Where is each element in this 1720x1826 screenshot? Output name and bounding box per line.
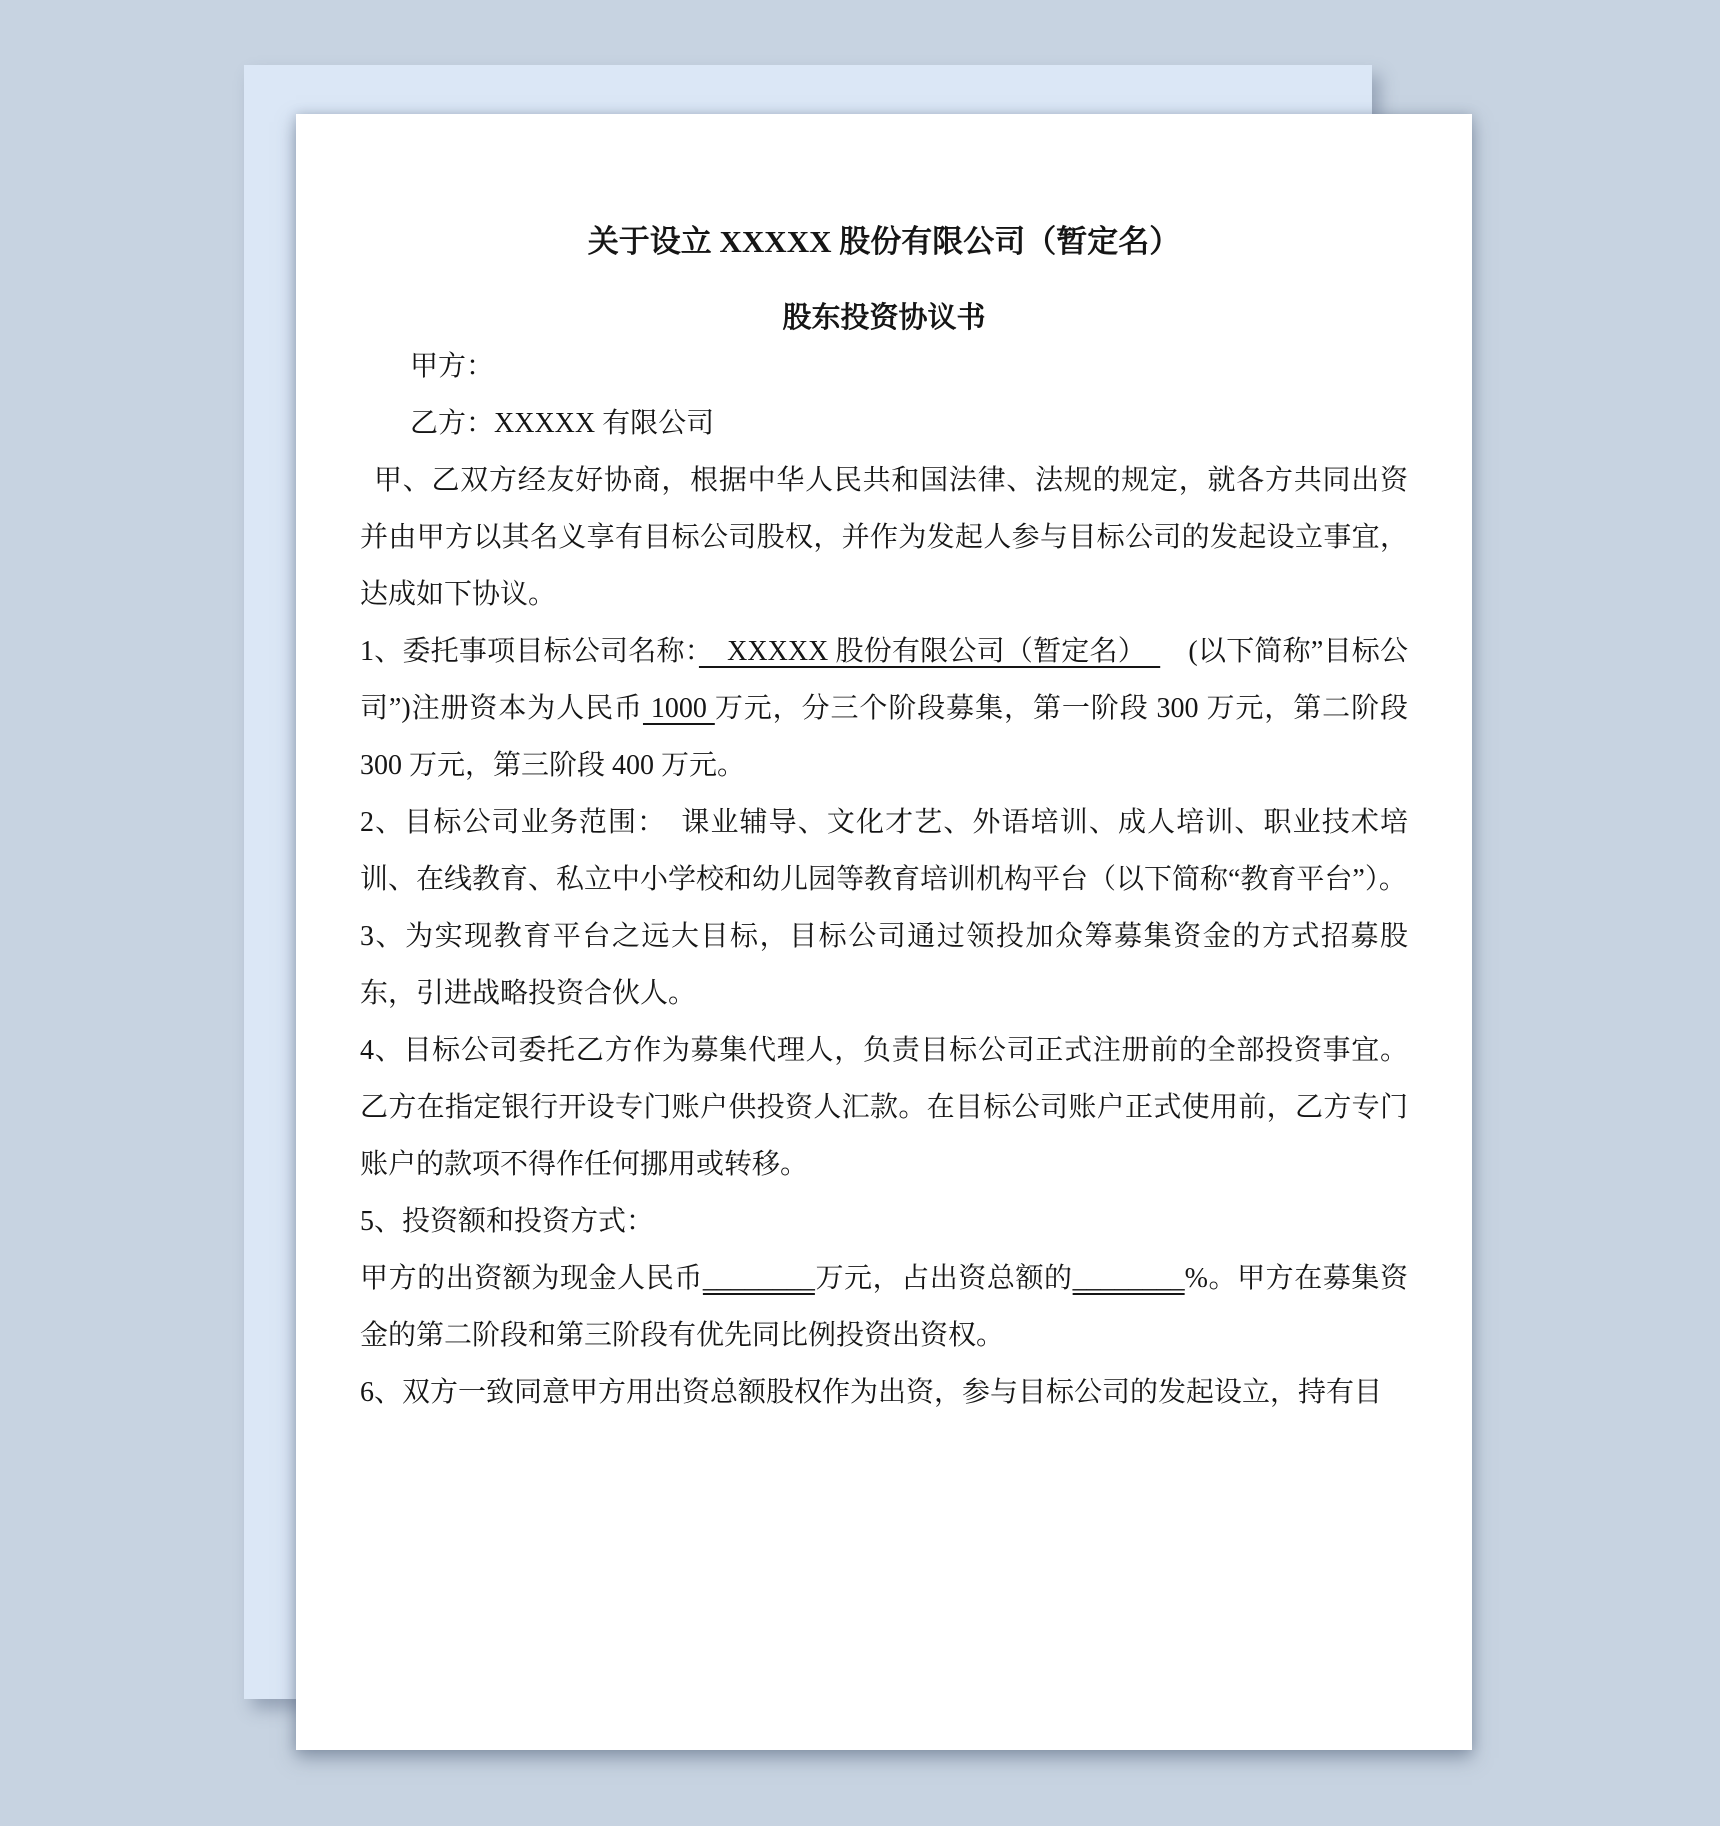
clause-1-capital-blank: 1000 [643,693,715,724]
clause-1-lead: 1、委托事项目标公司名称： [360,636,699,667]
clause-5-body: 甲方的出资额为现金人民币________万元，占出资总额的________%。甲… [360,1250,1408,1364]
clause-5-amount-blank: ________ [703,1263,815,1294]
document-title: 关于设立 XXXXX 股份有限公司（暂定名） [360,222,1408,262]
party-b-line: 乙方：XXXXX 有限公司 [360,395,1408,452]
clause-5-percent-blank: ________ [1073,1263,1185,1294]
clause-1-company-blank: XXXXX 股份有限公司（暂定名） [699,636,1160,667]
clause-2: 2、目标公司业务范围： 课业辅导、文化才艺、外语培训、成人培训、职业技术培训、在… [360,794,1408,908]
clause-4: 4、目标公司委托乙方作为募集代理人，负责目标公司正式注册前的全部投资事宜。乙方在… [360,1022,1408,1193]
clause-5-heading: 5、投资额和投资方式： [360,1193,1408,1250]
intro-paragraph: 甲、乙双方经友好协商，根据中华人民共和国法律、法规的规定，就各方共同出资并由甲方… [360,452,1408,623]
desktop-background: { "doc": { "title": "关于设立 XXXXX 股份有限公司（暂… [0,0,1720,1826]
clause-3: 3、为实现教育平台之远大目标，目标公司通过领投加众筹募集资金的方式招募股东，引进… [360,908,1408,1022]
clause-1: 1、委托事项目标公司名称： XXXXX 股份有限公司（暂定名） (以下简称”目标… [360,623,1408,794]
party-a-line: 甲方： [360,338,1408,395]
document-content: 关于设立 XXXXX 股份有限公司（暂定名） 股东投资协议书 甲方： 乙方：XX… [296,114,1472,1421]
document-subtitle: 股东投资协议书 [360,298,1408,338]
clause-6: 6、双方一致同意甲方用出资总额股权作为出资，参与目标公司的发起设立，持有目 [360,1364,1408,1421]
document-page: 关于设立 XXXXX 股份有限公司（暂定名） 股东投资协议书 甲方： 乙方：XX… [296,114,1472,1750]
clause-5-text-2: 万元，占出资总额的 [815,1263,1073,1294]
clause-5-text-1: 甲方的出资额为现金人民币 [360,1263,703,1294]
